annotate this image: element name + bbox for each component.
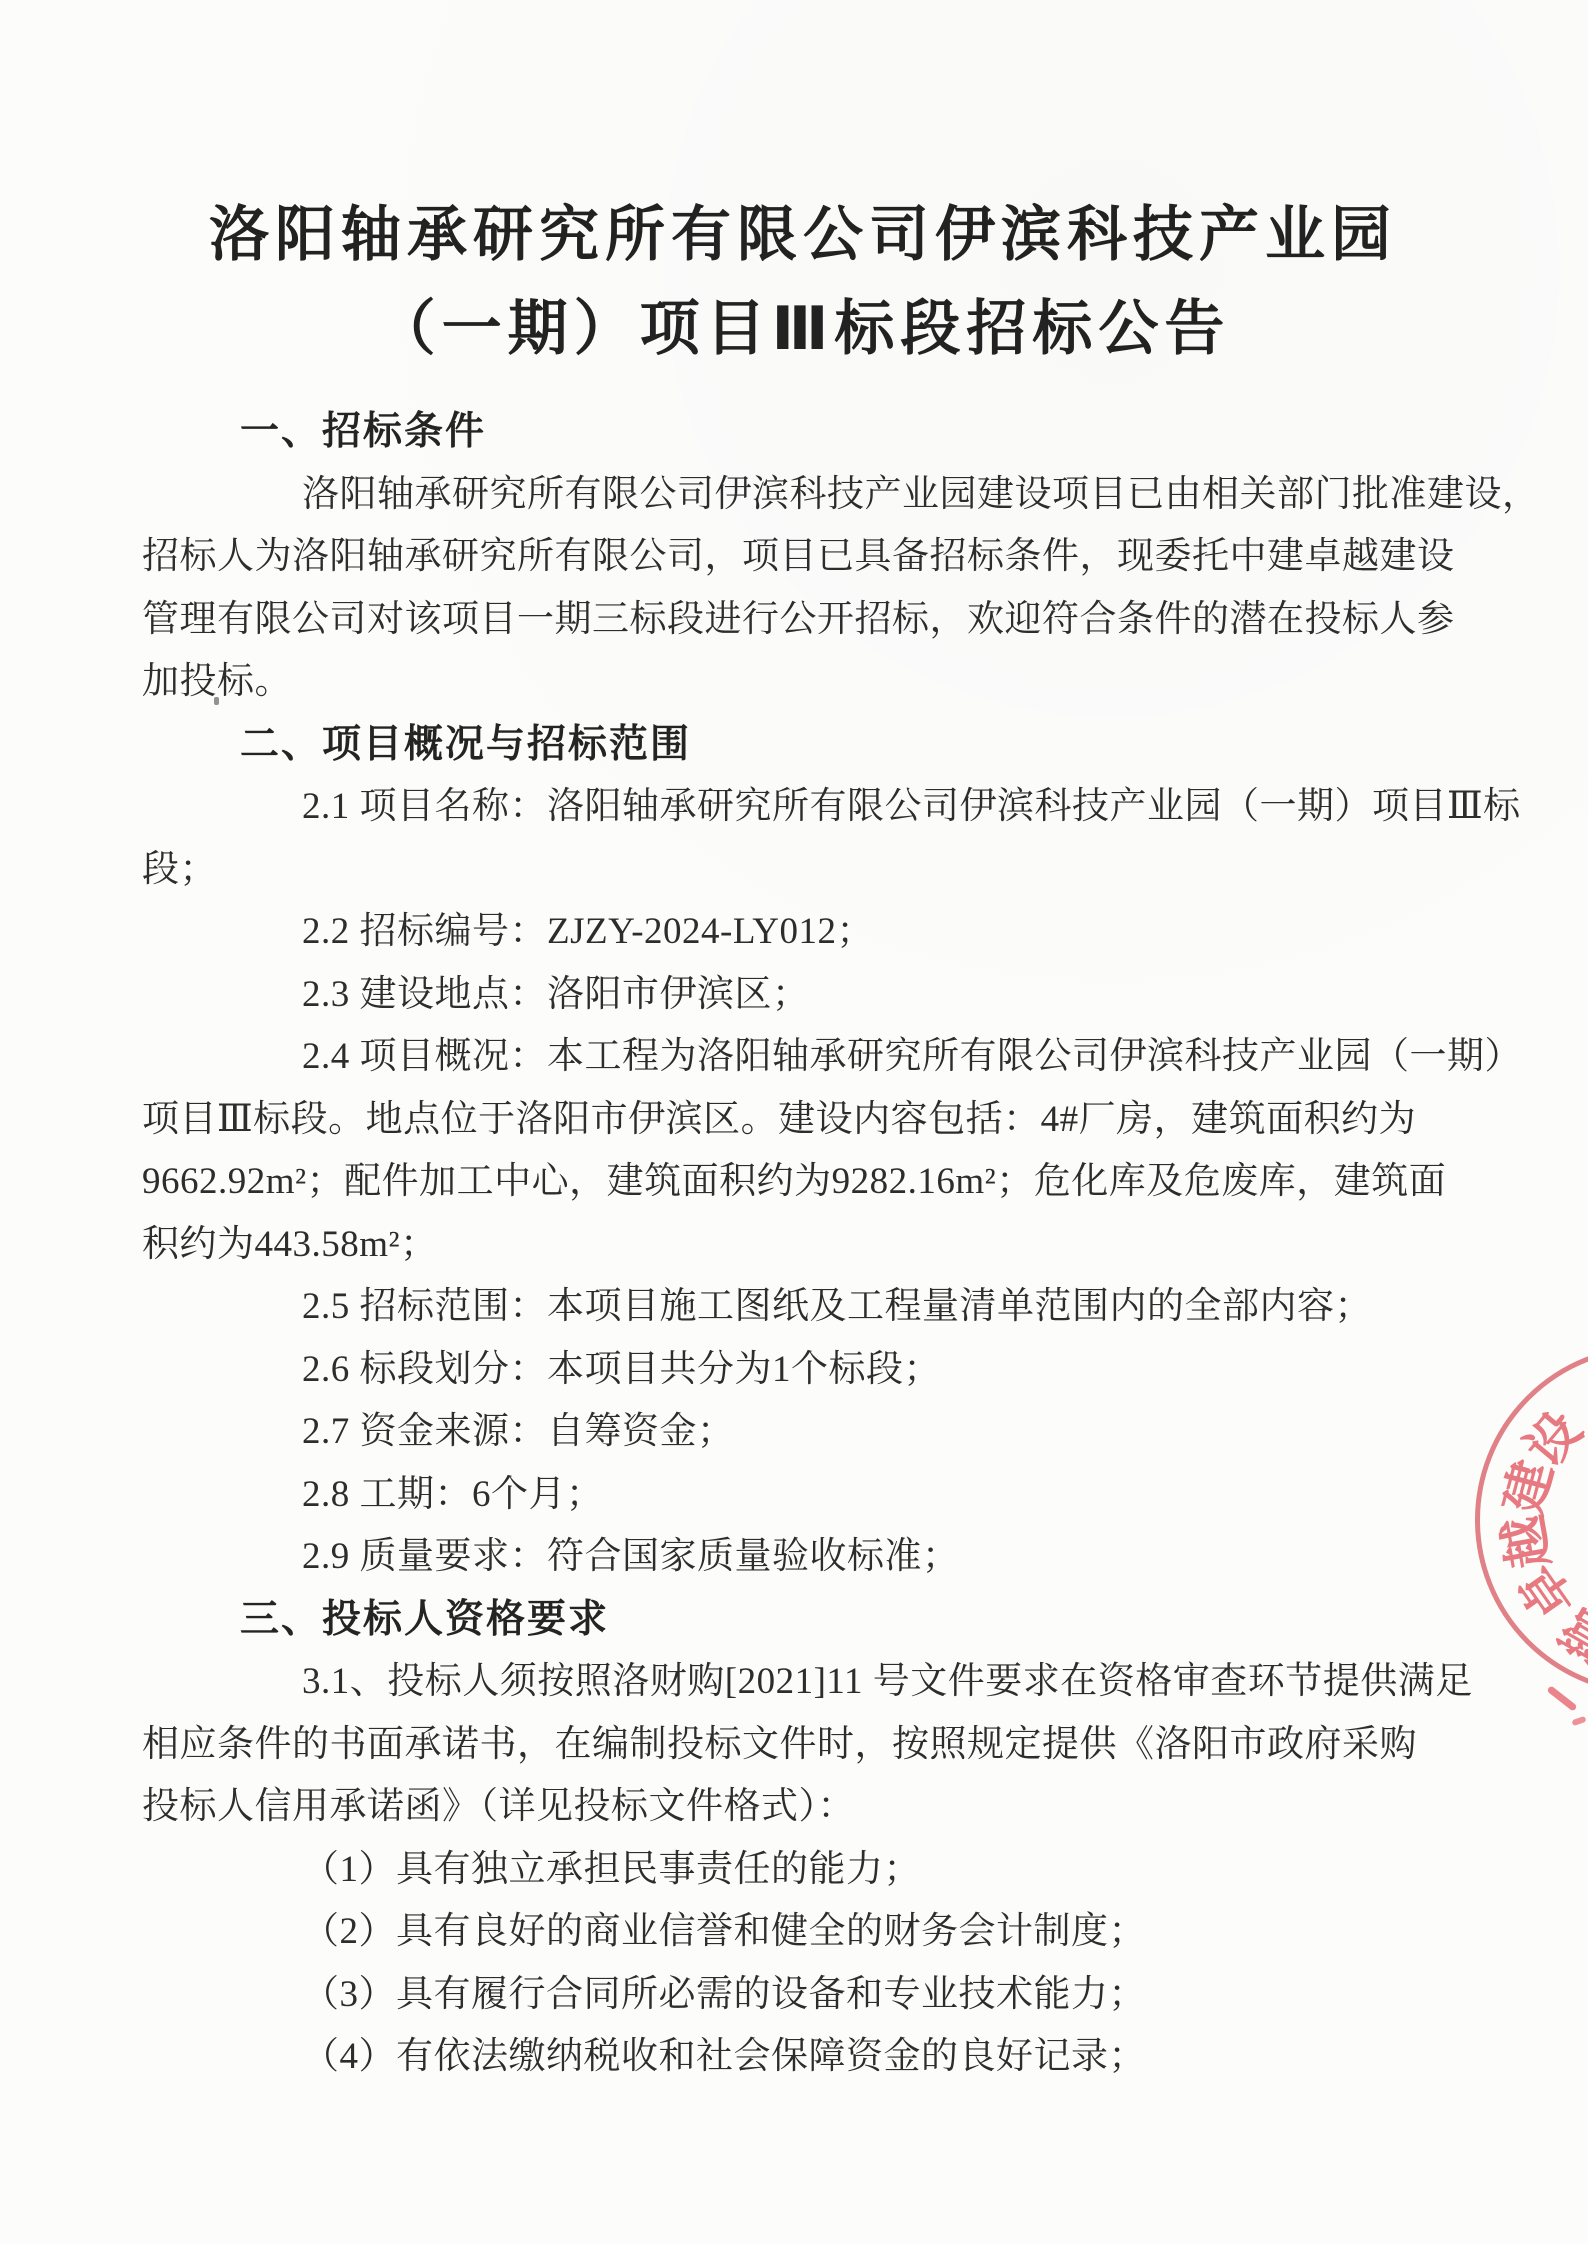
paragraph-line: 3.1、投标人须按照洛财购[2021]11 号文件要求在资格审查环节提供满足 [142,1651,1464,1714]
document-title: 洛阳轴承研究所有限公司伊滨科技产业园 （一期）项目Ⅲ标段招标公告 [142,188,1464,376]
paragraph-line: 投标人信用承诺函》（详见投标文件格式）： [142,1776,1464,1839]
paragraph-line: 管理有限公司对该项目一期三标段进行公开招标，欢迎符合条件的潜在投标人参 [142,589,1464,652]
title-line-2: （一期）项目Ⅲ标段招标公告 [142,282,1464,376]
stamp-ink-fragment [1546,1685,1577,1711]
paragraph-line: 招标人为洛阳轴承研究所有限公司，项目已具备招标条件，现委托中建卓越建设 [142,526,1464,589]
paragraph-line: 洛阳轴承研究所有限公司伊滨科技产业园建设项目已由相关部门批准建设， [142,464,1464,527]
section-bidder-qualifications: 三、投标人资格要求 3.1、投标人须按照洛财购[2021]11 号文件要求在资格… [142,1589,1464,2089]
paragraph-line: （1）具有独立承担民事责任的能力； [142,1839,1464,1902]
scan-speck [214,697,219,705]
paragraph-line: （2）具有良好的商业信誉和健全的财务会计制度； [142,1901,1464,1964]
section-heading-1: 一、招标条件 [240,401,1464,464]
paragraph-line: 积约为443.58m²； [142,1214,1464,1277]
paragraph-line: （3）具有履行合同所必需的设备和专业技术能力； [142,1964,1464,2027]
paragraph-line: 加投标。 [142,651,1464,714]
paragraph-line: 2.2 招标编号：ZJZY-2024-LY012； [142,901,1464,964]
paragraph-line: 2.9 质量要求：符合国家质量验收标准； [142,1526,1464,1589]
section-project-overview: 二、项目概况与招标范围 2.1 项目名称：洛阳轴承研究所有限公司伊滨科技产业园（… [142,714,1464,1589]
document-page: 洛阳轴承研究所有限公司伊滨科技产业园 （一期）项目Ⅲ标段招标公告 一、招标条件 … [0,0,1588,2244]
paragraph-line: 2.4 项目概况：本工程为洛阳轴承研究所有限公司伊滨科技产业园（一期） [142,1026,1464,1089]
paragraph-line: （4）有依法缴纳税收和社会保障资金的良好记录； [142,2026,1464,2089]
section-heading-3: 三、投标人资格要求 [240,1589,1464,1652]
paragraph-line: 段； [142,839,1464,902]
paragraph-line: 2.8 工期：6个月； [142,1464,1464,1527]
paragraph-line: 2.3 建设地点：洛阳市伊滨区； [142,964,1464,1027]
title-line-1: 洛阳轴承研究所有限公司伊滨科技产业园 [142,188,1464,282]
paragraph-line: 2.5 招标范围：本项目施工图纸及工程量清单范围内的全部内容； [142,1276,1464,1339]
paragraph-line: 2.6 标段划分：本项目共分为1个标段； [142,1339,1464,1402]
paragraph-line: 相应条件的书面承诺书，在编制投标文件时，按照规定提供《洛阳市政府采购 [142,1714,1464,1777]
paragraph-line: 9662.92m²；配件加工中心，建筑面积约为9282.16m²；危化库及危废库… [142,1151,1464,1214]
paragraph-line: 2.1 项目名称：洛阳轴承研究所有限公司伊滨科技产业园（一期）项目Ⅲ标 [142,776,1464,839]
section-tender-conditions: 一、招标条件 洛阳轴承研究所有限公司伊滨科技产业园建设项目已由相关部门批准建设，… [142,401,1464,714]
paragraph-line: 2.7 资金来源：自筹资金； [142,1401,1464,1464]
paragraph-line: 项目Ⅲ标段。地点位于洛阳市伊滨区。建设内容包括：4#厂房，建筑面积约为 [142,1089,1464,1152]
stamp-ink-fragment [1571,1716,1586,1726]
section-heading-2: 二、项目概况与招标范围 [240,714,1464,777]
document-body: 洛阳轴承研究所有限公司伊滨科技产业园 （一期）项目Ⅲ标段招标公告 一、招标条件 … [142,0,1464,2089]
